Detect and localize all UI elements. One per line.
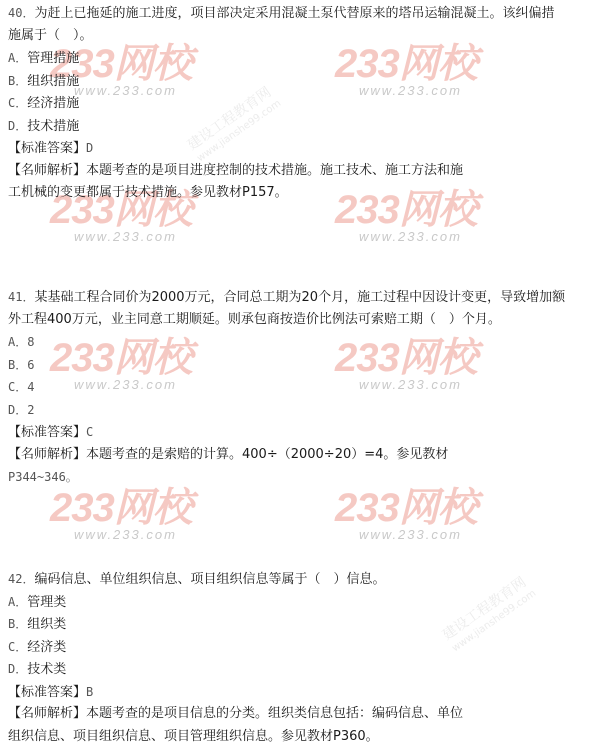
standard-answer: 【标准答案】C <box>8 421 608 444</box>
option-d: D．技术类 <box>8 658 608 681</box>
standard-answer: 【标准答案】D <box>8 137 608 160</box>
option-c: C．经济措施 <box>8 92 608 115</box>
question-stem: 41．某基础工程合同价为2000万元，合同总工期为20个月，施工过程中因设计变更… <box>8 286 608 309</box>
standard-answer: 【标准答案】B <box>8 681 608 704</box>
option-d: D．技术措施 <box>8 115 608 138</box>
text-span: C． <box>8 96 27 110</box>
text-span: 管理类 <box>27 595 66 610</box>
text-span: 本题考查的是项目信息的分类。组织类信息包括：编码信息、单位 <box>86 706 463 721</box>
text-span: 编码信息、单位组织信息、项目组织信息等属于（ ）信息。 <box>34 572 385 587</box>
text-span: www.233.com <box>359 528 477 542</box>
text-span: D． <box>8 119 27 133</box>
text-span: www.233.com <box>359 230 477 244</box>
question-40: 40．为赶上已拖延的施工进度，项目部决定采用混凝土泵代替原来的塔吊运输混凝土。该… <box>8 2 608 205</box>
question-stem: 42．编码信息、单位组织信息、项目组织信息等属于（ ）信息。 <box>8 568 608 591</box>
analysis: 【名师解析】本题考查的是项目信息的分类。组织类信息包括：编码信息、单位 <box>8 703 608 726</box>
text-span: 技术措施 <box>27 119 79 134</box>
text-span: 41． <box>8 290 34 304</box>
question-42: 42．编码信息、单位组织信息、项目组织信息等属于（ ）信息。 A．管理类 B．组… <box>8 568 608 748</box>
text-span: D． <box>8 662 27 676</box>
text-span: 【名师解析】 <box>8 447 86 462</box>
watermark-logo: 233网校 www.233.com <box>335 488 477 542</box>
text-span: 【标准答案】 <box>8 141 86 156</box>
text-span: B． <box>8 358 27 372</box>
analysis-cont: 组织信息、项目组织信息、项目管理组织信息。参见教材P360。 <box>8 726 608 748</box>
text-span: C． <box>8 380 27 394</box>
analysis-cont: 工机械的变更都属于技术措施。参见教材P157。 <box>8 182 608 205</box>
text-span: 2 <box>27 403 34 417</box>
question-stem-cont: 施属于（ ）。 <box>8 25 608 48</box>
text-span: 【名师解析】 <box>8 163 86 178</box>
text-span: 233网校 <box>335 488 477 528</box>
analysis: 【名师解析】本题考查的是项目进度控制的技术措施。施工技术、施工方法和施 <box>8 160 608 183</box>
question-stem-cont: 外工程400万元，业主同意工期顺延。则承包商按造价比例法可索赔工期（ ）个月。 <box>8 309 608 332</box>
text-span: C． <box>8 640 27 654</box>
text-span: 42． <box>8 572 34 586</box>
text-span: 本题考查的是索赔的计算。400÷（2000÷20）=4。参见教材 <box>86 447 448 462</box>
text-span: P344~346。 <box>8 470 78 484</box>
question-41: 41．某基础工程合同价为2000万元，合同总工期为20个月，施工过程中因设计变更… <box>8 286 608 489</box>
option-b: B．6 <box>8 354 608 377</box>
text-span: 管理措施 <box>27 51 79 66</box>
option-a: A．管理类 <box>8 591 608 614</box>
text-span: 经济措施 <box>27 96 79 111</box>
option-c: C．4 <box>8 376 608 399</box>
text-span: C <box>86 425 93 439</box>
text-span: 技术类 <box>27 662 66 677</box>
text-span: 6 <box>27 358 34 372</box>
text-span: 为赶上已拖延的施工进度，项目部决定采用混凝土泵代替原来的塔吊运输混凝土。该纠偏措 <box>34 6 554 21</box>
text-span: www.233.com <box>74 528 192 542</box>
text-span: 4 <box>27 380 34 394</box>
text-span: 本题考查的是项目进度控制的技术措施。施工技术、施工方法和施 <box>86 163 463 178</box>
text-span: D． <box>8 403 27 417</box>
text-span: B． <box>8 617 27 631</box>
text-span: 组织类 <box>27 617 66 632</box>
text-span: 8 <box>27 335 34 349</box>
question-stem: 40．为赶上已拖延的施工进度，项目部决定采用混凝土泵代替原来的塔吊运输混凝土。该… <box>8 2 608 25</box>
text-span: 组织措施 <box>27 74 79 89</box>
analysis: 【名师解析】本题考查的是索赔的计算。400÷（2000÷20）=4。参见教材 <box>8 444 608 467</box>
text-span: B <box>86 685 93 699</box>
text-span: 233网校 <box>50 488 192 528</box>
text-span: 【标准答案】 <box>8 685 86 700</box>
option-a: A．管理措施 <box>8 47 608 70</box>
text-span: D <box>86 141 93 155</box>
analysis-cont: P344~346。 <box>8 466 608 489</box>
text-span: A． <box>8 595 27 609</box>
option-a: A．8 <box>8 331 608 354</box>
watermark-logo: 233网校 www.233.com <box>50 488 192 542</box>
option-d: D．2 <box>8 399 608 422</box>
option-b: B．组织类 <box>8 613 608 636</box>
text-span: 【名师解析】 <box>8 706 86 721</box>
text-span: 40． <box>8 6 34 20</box>
text-span: 【标准答案】 <box>8 425 86 440</box>
text-span: 某基础工程合同价为2000万元，合同总工期为20个月，施工过程中因设计变更，导致… <box>34 290 565 305</box>
text-span: 经济类 <box>27 640 66 655</box>
text-span: www.233.com <box>74 230 192 244</box>
option-b: B．组织措施 <box>8 70 608 93</box>
option-c: C．经济类 <box>8 636 608 659</box>
text-span: B． <box>8 74 27 88</box>
text-span: A． <box>8 51 27 65</box>
text-span: A． <box>8 335 27 349</box>
